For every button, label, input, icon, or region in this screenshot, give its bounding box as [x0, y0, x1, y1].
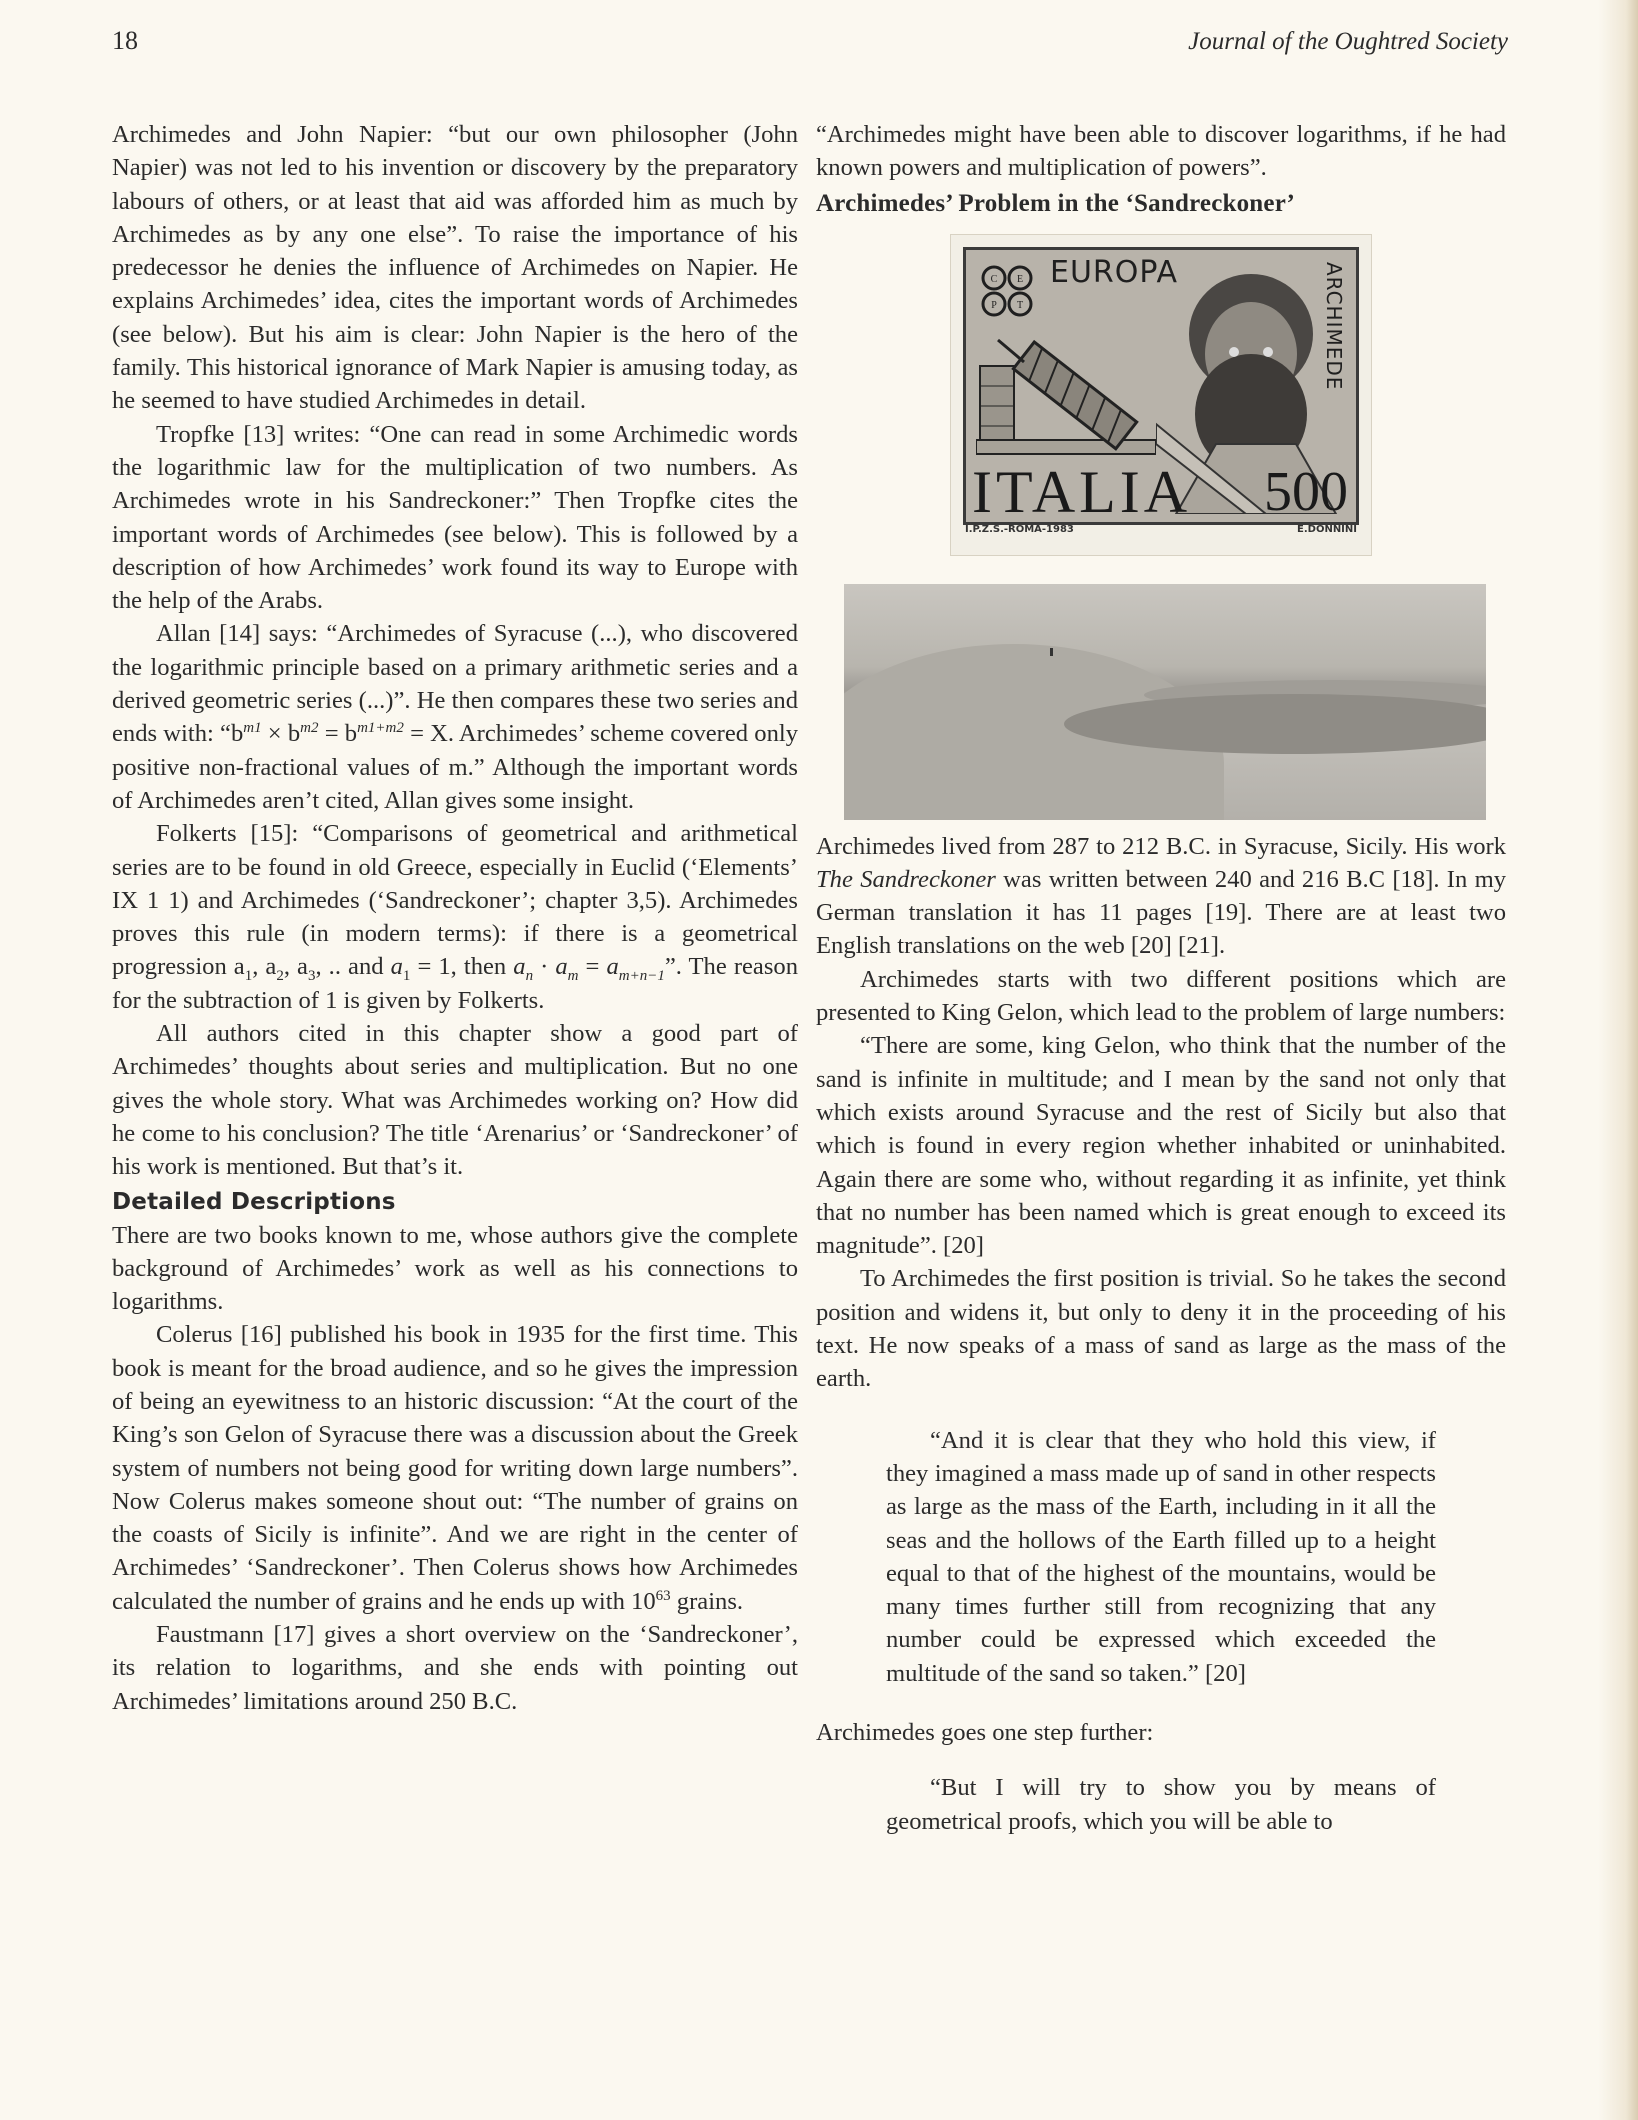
paragraph: To Archimedes the first position is triv… — [816, 1262, 1506, 1395]
text: Archimedes lived from 287 to 212 B.C. in… — [816, 833, 1506, 860]
paragraph: Archimedes lived from 287 to 212 B.C. in… — [816, 830, 1506, 963]
paragraph: Archimedes goes one step further: — [816, 1716, 1506, 1749]
paragraph-folkerts: Folkerts [15]: “Comparisons of geometric… — [112, 817, 798, 1017]
cept-logo-icon: C E P T — [972, 256, 1042, 326]
block-quote: “And it is clear that they who hold this… — [886, 1424, 1436, 1690]
text: grains. — [671, 1588, 743, 1615]
book-title: The Sandreckoner — [816, 866, 996, 893]
section-heading: Detailed Descriptions — [112, 1186, 798, 1219]
paragraph: There are two books known to me, whose a… — [112, 1219, 798, 1319]
stamp-designer-label: E.DONNINI — [1297, 513, 1357, 546]
text: , .. and — [315, 953, 390, 980]
paragraph: “Archimedes might have been able to disc… — [816, 118, 1506, 185]
right-column: “Archimedes might have been able to disc… — [816, 118, 1506, 1838]
dune-shadow — [1064, 694, 1486, 754]
walking-figure — [1050, 648, 1053, 656]
paragraph-colerus: Colerus [16] published his book in 1935 … — [112, 1318, 798, 1618]
paragraph-tropfke: Tropfke [13] writes: “One can read in so… — [112, 418, 798, 618]
paragraph: Archimedes and John Napier: “but our own… — [112, 118, 798, 418]
subscript: m+n−1 — [619, 968, 665, 984]
page-header: 18 Journal of the Oughtred Society — [112, 26, 1508, 66]
archimedes-screw-icon — [976, 336, 1156, 456]
section-heading: Archimedes’ Problem in the ‘Sandreckoner… — [816, 187, 1506, 220]
quotation: “There are some, king Gelon, who think t… — [816, 1029, 1506, 1262]
paragraph-faustmann: Faustmann [17] gives a short overview on… — [112, 1618, 798, 1718]
page-number: 18 — [112, 26, 138, 56]
math-var: a — [513, 953, 525, 980]
superscript: m2 — [300, 720, 318, 736]
superscript: m1+m2 — [357, 720, 404, 736]
text: = b — [319, 720, 358, 747]
superscript: 63 — [656, 1588, 671, 1604]
paragraph-allan: Allan [14] says: “Archimedes of Syracuse… — [112, 617, 798, 817]
quotation: “But I will try to show you by means of … — [886, 1771, 1436, 1838]
svg-text:T: T — [1017, 300, 1023, 311]
left-column: Archimedes and John Napier: “but our own… — [112, 118, 798, 1718]
paragraph: All authors cited in this chapter show a… — [112, 1017, 798, 1183]
subscript: 2 — [276, 968, 284, 984]
text: , a — [284, 953, 308, 980]
running-title: Journal of the Oughtred Society — [1188, 28, 1508, 56]
page-gutter-shadow — [1598, 0, 1638, 2120]
archimedes-stamp-image: C E P T EUROPA — [950, 234, 1372, 556]
text: × b — [262, 720, 301, 747]
subscript: n — [526, 968, 534, 984]
math-var: a — [391, 953, 403, 980]
math-var: a — [555, 953, 567, 980]
paragraph: Archimedes starts with two different pos… — [816, 963, 1506, 1030]
quotation: “And it is clear that they who hold this… — [886, 1424, 1436, 1690]
stamp-frame: C E P T EUROPA — [963, 247, 1359, 525]
text: · — [533, 953, 555, 980]
text: Colerus [16] published his book in 1935 … — [112, 1321, 798, 1614]
superscript: m1 — [243, 720, 261, 736]
svg-text:P: P — [991, 300, 997, 311]
svg-text:E: E — [1017, 274, 1023, 285]
text: , a — [252, 953, 276, 980]
stamp-side-label: ARCHIMEDE — [1317, 262, 1350, 390]
subscript: m — [568, 968, 579, 984]
desert-dunes-photo — [844, 584, 1486, 820]
math-var: a — [606, 953, 618, 980]
svg-text:C: C — [991, 274, 998, 285]
text: = 1, then — [410, 953, 513, 980]
stamp-printer-label: I.P.Z.S.-ROMA-1983 — [965, 513, 1074, 546]
block-quote: “But I will try to show you by means of … — [886, 1771, 1436, 1838]
text: = — [579, 953, 607, 980]
